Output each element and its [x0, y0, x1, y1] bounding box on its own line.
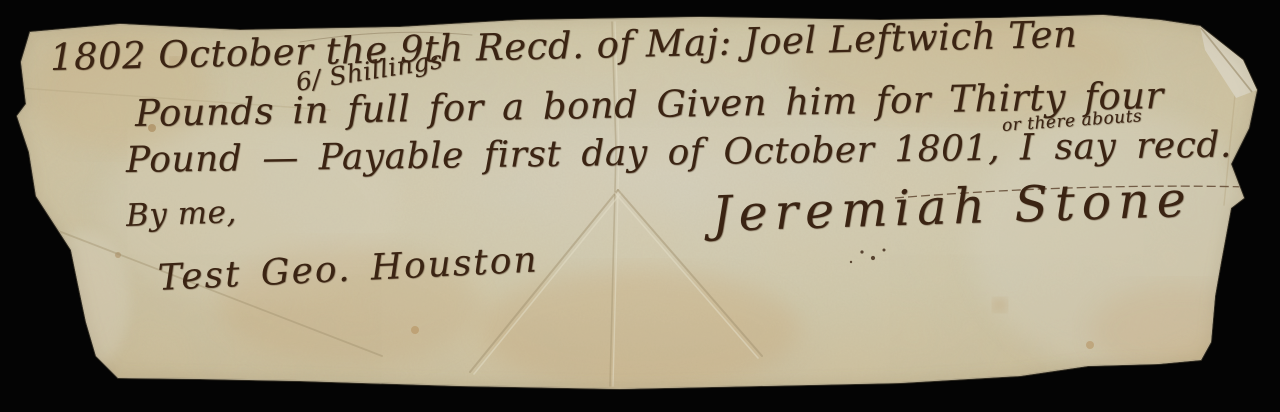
by-me-line: By me, — [125, 194, 237, 234]
scanned-receipt: 1802 October the 9th Recd. of Maj: Joel … — [0, 0, 1280, 412]
